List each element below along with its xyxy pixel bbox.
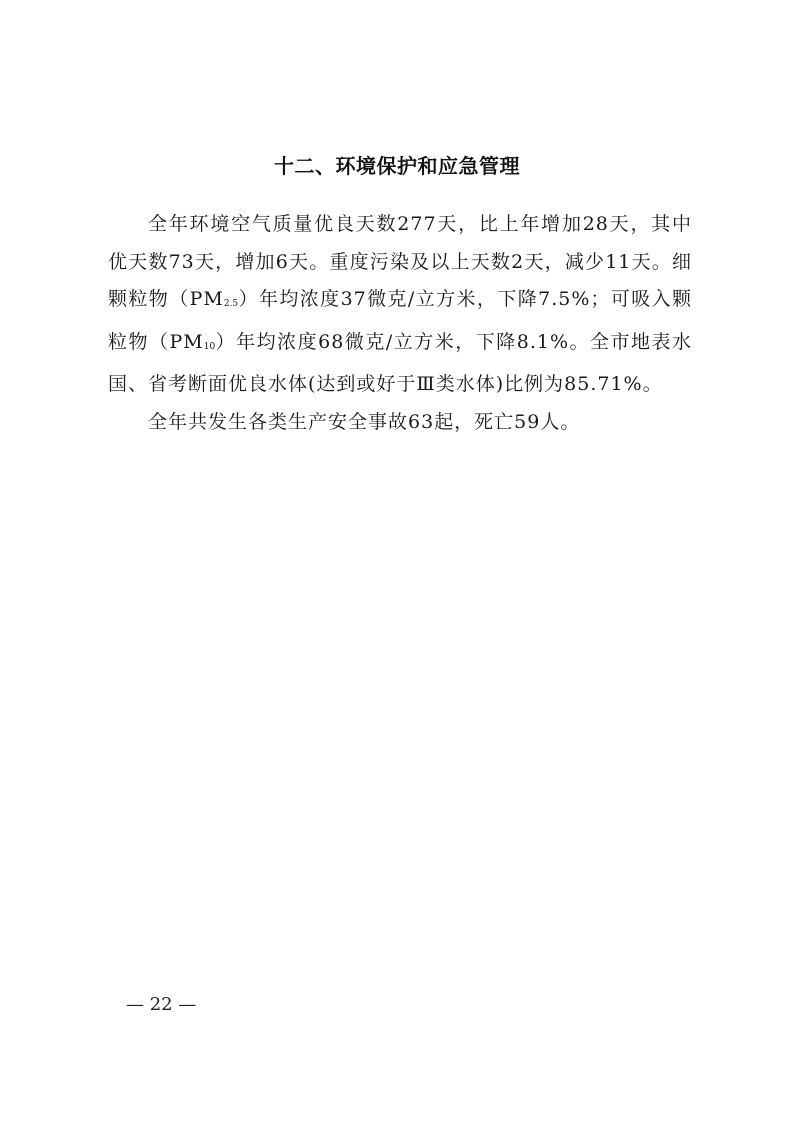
paragraph-safety: 全年共发生各类生产安全事故63起，死亡59人。 [108,404,692,442]
pm25-subscript: 2.5 [224,299,238,309]
body-text: 全年环境空气质量优良天数277天，比上年增加28天，其中优天数73天，增加6天。… [108,206,692,441]
section-title: 十二、环境保护和应急管理 [0,150,794,179]
pm10-subscript: 10 [204,342,215,352]
document-page: 十二、环境保护和应急管理 全年环境空气质量优良天数277天，比上年增加28天，其… [0,0,794,1123]
paragraph-environment: 全年环境空气质量优良天数277天，比上年增加28天，其中优天数73天，增加6天。… [108,206,692,404]
page-number: — 22 — [126,994,196,1015]
